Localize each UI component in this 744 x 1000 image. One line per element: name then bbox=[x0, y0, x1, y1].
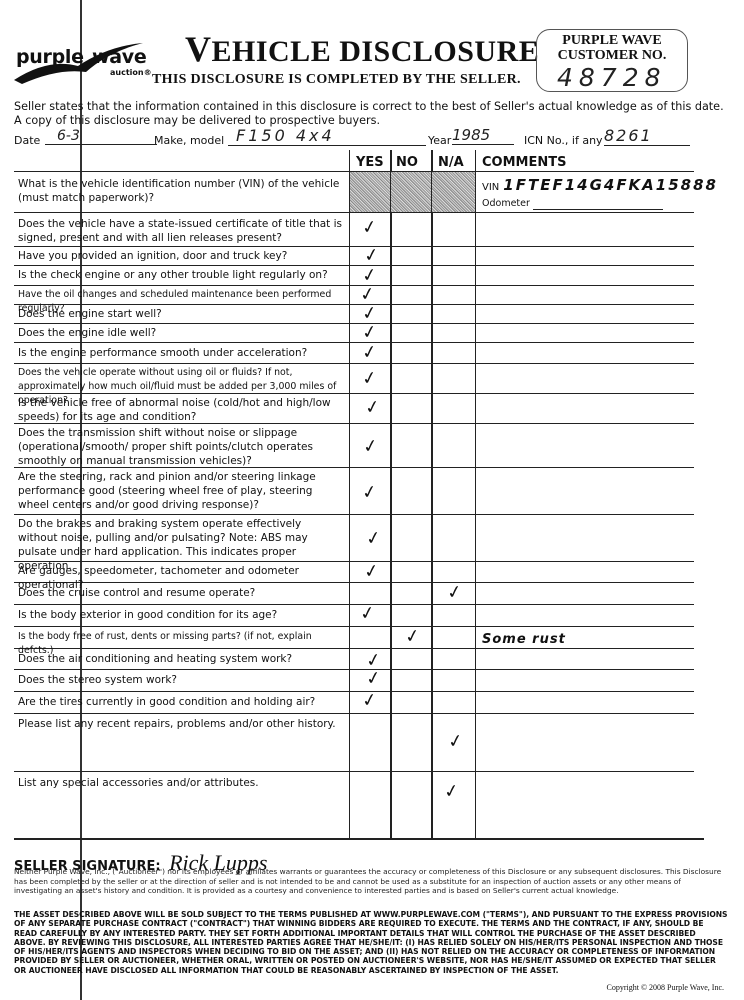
checkbox-acceleration-yes[interactable]: ✓ bbox=[360, 341, 379, 364]
checkbox-body-rust-no[interactable]: ✓ bbox=[403, 625, 422, 648]
col-divider bbox=[390, 150, 392, 838]
question-repairs: Please list any recent repairs, problems… bbox=[18, 717, 343, 731]
row-divider bbox=[14, 285, 694, 286]
question-body-exterior: Is the body exterior in good condition f… bbox=[18, 608, 343, 622]
date-label: Date bbox=[14, 134, 40, 147]
checkbox-oil-fluids-yes[interactable]: ✓ bbox=[360, 367, 379, 390]
question-engine-start: Does the engine start well? bbox=[18, 307, 343, 321]
row-divider bbox=[14, 691, 694, 692]
col-header-yes: YES bbox=[356, 155, 384, 170]
date-field[interactable]: 6-3 bbox=[45, 128, 157, 145]
question-noise: Is the vehicle free of abnormal noise (c… bbox=[18, 396, 343, 424]
row-divider bbox=[14, 323, 694, 324]
row-divider bbox=[14, 514, 694, 515]
row-divider bbox=[14, 838, 704, 840]
legal-terms-text: THE ASSET DESCRIBED ABOVE WILL BE SOLD S… bbox=[14, 910, 729, 975]
disclaimer-text: Neither Purple Wave, Inc., ("Auctioneer"… bbox=[14, 867, 729, 896]
question-vin: What is the vehicle identification numbe… bbox=[18, 177, 343, 205]
year-field[interactable]: 1985 bbox=[452, 126, 514, 145]
make-model-field[interactable]: F150 4x4 bbox=[228, 126, 426, 146]
checkbox-tires-yes[interactable]: ✓ bbox=[360, 689, 379, 712]
icn-label: ICN No., if any bbox=[524, 134, 603, 147]
checkbox-brakes-yes[interactable]: ✓ bbox=[364, 527, 383, 550]
page-subtitle: THIS DISCLOSURE IS COMPLETED BY THE SELL… bbox=[152, 72, 521, 88]
question-acceleration: Is the engine performance smooth under a… bbox=[18, 346, 343, 360]
row-divider bbox=[14, 363, 694, 364]
question-ac-heat: Does the air conditioning and heating sy… bbox=[18, 652, 343, 666]
page-title: VEHICLE DISCLOSURE bbox=[185, 28, 539, 70]
question-tires: Are the tires currently in good conditio… bbox=[18, 695, 343, 709]
make-model-label: Make, model bbox=[154, 134, 224, 147]
vin-field[interactable]: VIN1FTEF14G4FKA15888 bbox=[482, 176, 718, 194]
purple-wave-logo: purple wave auction® bbox=[8, 38, 148, 88]
checkbox-gauges-yes[interactable]: ✓ bbox=[362, 560, 381, 583]
question-trouble-light: Is the check engine or any other trouble… bbox=[18, 268, 343, 282]
checkbox-body-exterior-yes[interactable]: ✓ bbox=[358, 602, 377, 625]
checkbox-engine-idle-yes[interactable]: ✓ bbox=[360, 321, 379, 344]
logo-word-wave: wave bbox=[92, 46, 146, 68]
row-divider bbox=[14, 626, 694, 627]
row-divider bbox=[14, 246, 694, 247]
question-stereo: Does the stereo system work? bbox=[18, 673, 343, 687]
col-header-na: N/A bbox=[438, 155, 464, 170]
shaded-cell bbox=[432, 172, 475, 212]
row-divider bbox=[14, 669, 694, 670]
copyright: Copyright © 2008 Purple Wave, Inc. bbox=[607, 983, 725, 992]
row-divider bbox=[14, 713, 694, 714]
customer-box-line2: CUSTOMER NO. bbox=[537, 48, 687, 63]
checkbox-steering-yes[interactable]: ✓ bbox=[360, 481, 379, 504]
odometer-field[interactable]: Odometer bbox=[482, 198, 663, 210]
row-divider bbox=[14, 171, 694, 172]
icn-field[interactable]: 8261 bbox=[604, 126, 690, 146]
customer-number-box: PURPLE WAVE CUSTOMER NO. 48728 bbox=[536, 29, 688, 92]
col-header-no: NO bbox=[396, 155, 418, 170]
checkbox-accessories-na[interactable]: ✓ bbox=[442, 780, 461, 803]
question-cruise: Does the cruise control and resume opera… bbox=[18, 586, 343, 600]
row-divider bbox=[14, 604, 694, 605]
row-divider bbox=[14, 265, 694, 266]
question-keys: Have you provided an ignition, door and … bbox=[18, 249, 343, 263]
question-steering: Are the steering, rack and pinion and/or… bbox=[18, 470, 343, 512]
shaded-cell bbox=[350, 172, 390, 212]
customer-box-line1: PURPLE WAVE bbox=[537, 33, 687, 48]
col-divider bbox=[431, 150, 433, 838]
row-divider bbox=[14, 771, 694, 772]
year-label: Year bbox=[428, 134, 451, 147]
checkbox-title-yes[interactable]: ✓ bbox=[360, 216, 379, 239]
question-engine-idle: Does the engine idle well? bbox=[18, 326, 343, 340]
col-divider bbox=[475, 150, 476, 838]
logo-word-purple: purple bbox=[16, 46, 84, 68]
col-divider bbox=[349, 150, 350, 838]
statement-line-1: Seller states that the information conta… bbox=[14, 100, 724, 113]
row-divider bbox=[14, 342, 694, 343]
checkbox-cruise-na[interactable]: ✓ bbox=[445, 581, 464, 604]
question-accessories: List any special accessories and/or attr… bbox=[18, 776, 343, 790]
customer-number-field[interactable]: 48728 bbox=[557, 63, 667, 92]
shaded-cell bbox=[391, 172, 431, 212]
question-title: Does the vehicle have a state-issued cer… bbox=[18, 217, 343, 245]
checkbox-noise-yes[interactable]: ✓ bbox=[363, 396, 382, 419]
col-header-comments: COMMENTS bbox=[482, 155, 566, 170]
comment-body-rust[interactable]: Some rust bbox=[482, 632, 566, 647]
logo-sub: auction® bbox=[110, 68, 152, 77]
checkbox-repairs-na[interactable]: ✓ bbox=[446, 730, 465, 753]
question-transmission: Does the transmission shift without nois… bbox=[18, 426, 343, 468]
checkbox-transmission-yes[interactable]: ✓ bbox=[361, 435, 380, 458]
checkbox-stereo-yes[interactable]: ✓ bbox=[364, 667, 383, 690]
row-divider bbox=[14, 212, 694, 213]
